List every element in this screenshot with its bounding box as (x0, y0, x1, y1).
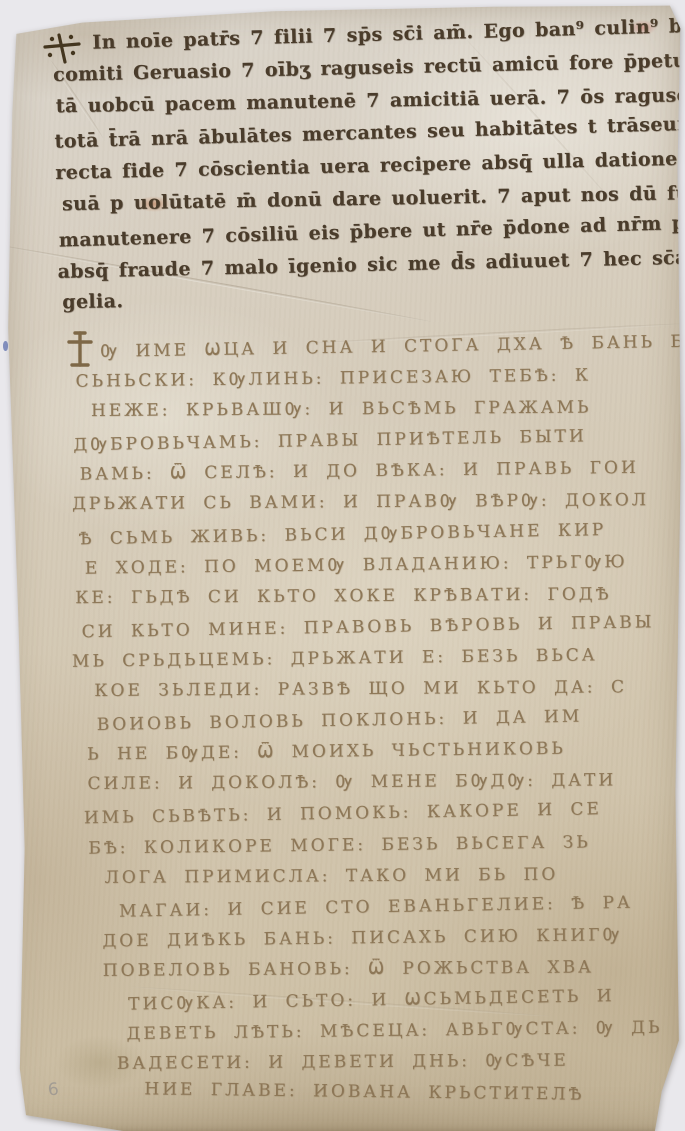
cyrillic-line: бѣ: коликоре моге: безь вьсега зь (88, 826, 685, 864)
parchment-sheet: In noīe patr̄s 7 filii 7 sp̄s sc̄i am̄. … (0, 0, 685, 1131)
latin-text-block: In noīe patr̄s 7 filii 7 sp̄s sc̄i am̄. … (52, 12, 684, 321)
cyrillic-text-block: ѹ име ѡца и сна и стога дха ѣ бань босьн… (50, 328, 685, 1113)
archival-mark: 6 (47, 1079, 60, 1100)
ink-speck (3, 341, 8, 351)
manuscript-photo: In noīe patr̄s 7 filii 7 sp̄s sc̄i am̄. … (0, 0, 685, 1131)
cyrillic-line: ние главе: иована крьстителѣ (144, 1074, 685, 1112)
parchment-shadow: In noīe patr̄s 7 filii 7 sp̄s sc̄i am̄. … (0, 0, 685, 1131)
